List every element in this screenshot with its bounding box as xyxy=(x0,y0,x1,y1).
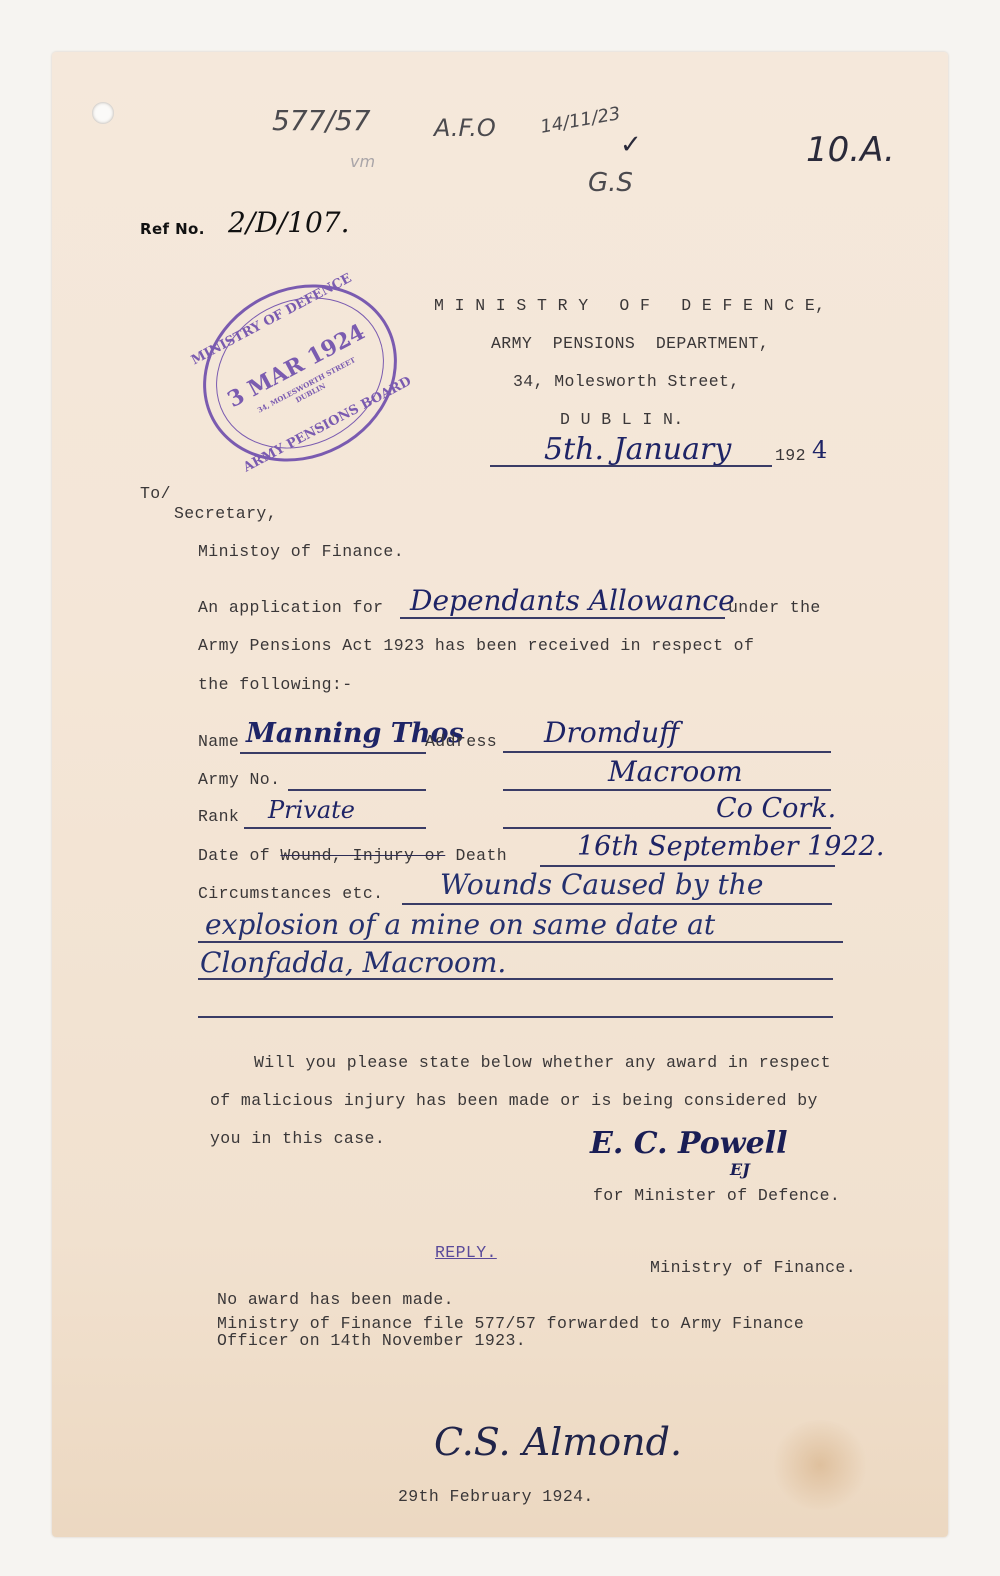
address-line-3: Co Cork. xyxy=(716,793,836,824)
address-underline-3 xyxy=(503,827,831,829)
circumstances-underline-3 xyxy=(198,978,833,980)
letterhead-ministry: M I N I S T R Y O F D E F E N C E, xyxy=(434,296,825,315)
signature-initials: EJ xyxy=(730,1160,750,1179)
date-of-label-pre: Date of xyxy=(198,846,280,865)
letterhead-department: ARMY PENSIONS DEPARTMENT, xyxy=(491,334,769,353)
check-mark: ✓ xyxy=(620,130,642,160)
circumstances-underline-4 xyxy=(198,1016,833,1018)
allowance-underline xyxy=(400,617,725,619)
request-line-3: you in this case. xyxy=(210,1129,385,1148)
letter-date-year-digit: 4 xyxy=(812,436,827,464)
paper-stain xyxy=(770,1420,870,1510)
address-line-2: Macroom xyxy=(608,755,743,788)
date-of-label-struck: Wound, Injury or xyxy=(280,846,445,865)
intro-line-2: Army Pensions Act 1923 has been received… xyxy=(198,636,754,655)
letter-date-handwritten: 5th. January xyxy=(544,432,731,467)
rank-label: Rank xyxy=(198,807,239,826)
army-no-underline xyxy=(288,789,426,791)
intro-text-post: under the xyxy=(728,598,821,617)
name-underline xyxy=(240,752,426,754)
signature-powell: E. C. Powell xyxy=(590,1126,787,1161)
request-line-1: Will you please state below whether any … xyxy=(254,1053,831,1072)
circumstances-line-3: Clonfadda, Macroom. xyxy=(200,946,506,979)
address-label: Address xyxy=(425,732,497,751)
address-line-1: Dromduff xyxy=(544,716,679,749)
date-of-death-value: 16th September 1922. xyxy=(577,831,884,862)
reply-from: Ministry of Finance. xyxy=(650,1258,856,1277)
reply-heading: REPLY. xyxy=(435,1243,497,1262)
reply-line-3: Officer on 14th November 1923. xyxy=(217,1331,526,1350)
date-underline xyxy=(490,465,772,467)
date-of-label-post: Death xyxy=(445,846,507,865)
circumstances-underline-1 xyxy=(402,903,832,905)
gs-initials: G.S xyxy=(588,168,633,198)
addressee-org: Ministoy of Finance. xyxy=(198,542,404,561)
army-no-label: Army No. xyxy=(198,770,280,789)
address-underline-2 xyxy=(503,789,831,791)
letterhead-street: 34, Molesworth Street, xyxy=(513,372,740,391)
date-of-label: Date of Wound, Injury or Death xyxy=(198,846,507,865)
reply-date: 29th February 1924. xyxy=(398,1487,594,1506)
signatory-title: for Minister of Defence. xyxy=(593,1186,840,1205)
circumstances-line-1: Wounds Caused by the xyxy=(440,868,763,901)
request-line-2: of malicious injury has been made or is … xyxy=(210,1091,818,1110)
file-ref-annotation: 577/57 xyxy=(272,104,371,137)
date-underline-field xyxy=(540,865,835,867)
circumstances-line-2: explosion of a mine on same date at xyxy=(205,908,715,941)
ref-no-value: 2/D/107. xyxy=(228,206,349,239)
ref-no-label: Ref No. xyxy=(140,220,205,238)
circumstances-underline-2 xyxy=(198,941,843,943)
address-underline-1 xyxy=(503,751,831,753)
signature-almond: C.S. Almond. xyxy=(434,1420,682,1464)
circumstances-label: Circumstances etc. xyxy=(198,884,383,903)
rank-value: Private xyxy=(268,796,355,824)
letterhead-city: D U B L I N. xyxy=(560,410,684,429)
name-label: Name xyxy=(198,732,239,751)
pencil-initials: vm xyxy=(350,152,375,171)
to-label: To/ xyxy=(140,484,171,503)
punch-hole xyxy=(92,102,114,124)
letter-date-year: 192 xyxy=(775,446,806,465)
allowance-type: Dependants Allowance xyxy=(410,584,735,617)
intro-text-pre: An application for xyxy=(198,598,383,617)
rank-underline xyxy=(244,827,426,829)
reply-line-1: No award has been made. xyxy=(217,1292,454,1308)
addressee-title: Secretary, xyxy=(174,504,277,523)
top-right-annotation: 10.A. xyxy=(806,130,895,170)
intro-line-3: the following:- xyxy=(198,675,353,694)
afo-annotation: A.F.O xyxy=(434,114,496,142)
